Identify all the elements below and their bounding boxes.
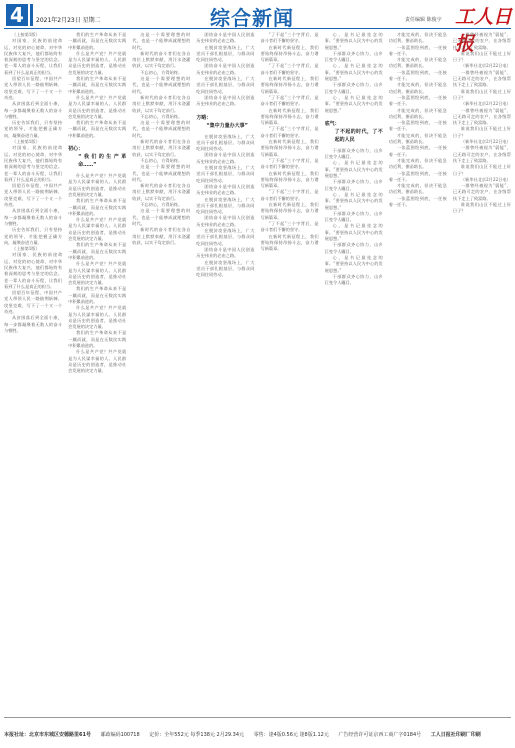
article-paragraph: 在脱贫攻坚战场上，广大党员干部扎根基层，与群众同吃同住同劳动。 — [196, 134, 254, 153]
article-paragraph: 我们的生产革命从来不是一蹴而就，而是在无数次实践中积累前进的。 — [68, 330, 126, 349]
footer-license: 广告经营许可证京西工商广字0184号 — [338, 732, 421, 738]
article-paragraph: “了不起”三个字背后，是奋斗者们不懈的坚守。 — [261, 189, 319, 202]
article-paragraph: “了不起”三个字背后，是奋斗者们不懈的坚守。 — [261, 95, 319, 108]
article-paragraph: 干部群众齐心协力，山乡巨变令人瞩目。 — [325, 274, 383, 287]
article-paragraph: 在新时代新征程上，我们要始终保持昂扬斗志，奋力谱写新篇章。 — [261, 234, 319, 253]
article-paragraph: 一张蓝图绘到底，一任接着一任干。 — [389, 45, 447, 58]
article-column: 我们的生产革命从来不是一蹴而就，而是在无数次实践中积累前进的。什么是共产党？共产… — [68, 32, 126, 716]
section-subheading: 底气：了不起的时代，了不起的人民 — [325, 120, 383, 144]
article-paragraph: 这是一个需要理想的时代，也是一个能够成就理想的时代。 — [132, 164, 190, 183]
article-paragraph: 对国家、民族的前途命运，对党的初心使命，对中华民族伟大复兴，他们都始终有着深刻的… — [4, 252, 62, 290]
footer-retail: 零售：逢4版0.56元 逢8版1.12元 — [254, 732, 329, 738]
section-title: 综合新闻 — [210, 2, 294, 31]
article-paragraph: （新华社北京2月22日电） — [453, 101, 511, 107]
article-paragraph: 在脱贫攻坚战场上，广大党员干部扎根基层，与群众同吃同住同劳动。 — [196, 45, 254, 64]
article-paragraph: 干部群众齐心协力，山乡巨变令人瞩目。 — [325, 242, 383, 255]
article-paragraph: 心，是书记最挂念的事。“要坚持以人民为中心的发展思想。” — [325, 160, 383, 179]
article-column: 心，是书记最挂念的事。“要坚持以人民为中心的发展思想。”干部群众齐心协力，山乡巨… — [325, 32, 383, 716]
article-paragraph: 心，是书记最挂念的事。“要坚持以人民为中心的发展思想。” — [325, 192, 383, 211]
article-paragraph: 回望百年征程，中国共产党人带领人民一路披荆斩棘、攻坚克难，写下了一个又一个奇迹。 — [4, 76, 62, 101]
article-column: 才能完成的，但决不能急功近利，揠苗助长。一张蓝图绘到底，一任接着一任干。才能完成… — [389, 32, 447, 716]
article-paragraph: 一群曾经被视为“弱能”、已无路可走的农户，在各级帮扶下走上了致富路。 — [453, 32, 511, 51]
article-paragraph: 一张蓝图绘到底，一任接着一任干。 — [389, 120, 447, 133]
article-paragraph: “了不起”三个字背后，是奋斗者们不懈的坚守。 — [261, 221, 319, 234]
article-paragraph: 在脱贫攻坚战场上，广大党员干部扎根基层，与群众同吃同住同劳动。 — [196, 260, 254, 279]
article-column: 一群曾经被视为“弱能”、已无路可走的农户，在各级帮扶下走上了致富路。谁说我们山区… — [453, 32, 511, 716]
article-paragraph: 一张蓝图绘到底，一任接着一任干。 — [389, 171, 447, 184]
editor-credit: 责任编辑 陈俊宇 — [405, 16, 442, 23]
article-paragraph: 我们的生产革命从来不是一蹴而就，而是在无数次实践中积累前进的。 — [68, 120, 126, 139]
article-paragraph: 团结奋斗是中国人民创造历史伟业的必由之路。 — [196, 184, 254, 197]
article-paragraph: 谁说我们山区不能过上好日子？ — [453, 202, 511, 215]
subheading-label: 初心： — [68, 146, 83, 152]
article-paragraph: 回望百年征程，中国共产党人带领人民一路披荆斩棘、攻坚克难，写下了一个又一个奇迹。 — [4, 183, 62, 208]
article-paragraph: 我们的生产革命从来不是一蹴而就，而是在无数次实践中积累前进的。 — [68, 286, 126, 305]
article-paragraph: 什么是共产党？共产党就是为人民谋幸福的人。人民群众是历史的创造者，是推动社会发展… — [68, 173, 126, 198]
article-paragraph: 团结奋斗是中国人民创造历史伟业的必由之路。 — [196, 95, 254, 108]
article-paragraph: 历史告诉我们，只有坚持党的领导，才能把握正确方向，凝聚奋进力量。 — [4, 120, 62, 139]
article-paragraph: 从贫困落后到全面小康，每一步都凝聚着无数人的奋斗与牺牲。 — [4, 315, 62, 334]
article-paragraph: 才能完成的，但决不能急功近利，揠苗助长。 — [389, 108, 447, 121]
article-paragraph: 才能完成的，但决不能急功近利，揠苗助长。 — [389, 32, 447, 45]
page-footer: 本报社址：北京市东城区安德路里61号 邮政编码100718 定价：全年552元 … — [4, 731, 511, 738]
article-paragraph: 谁说我们山区不能过上好日子？ — [453, 126, 511, 139]
article-paragraph: 一张蓝图绘到底，一任接着一任干。 — [389, 70, 447, 83]
article-paragraph: “了不起”三个字背后，是奋斗者们不懈的坚守。 — [261, 63, 319, 76]
article-columns: （上接第1版）对国家、民族的前途命运，对党的初心使命，对中华民族伟大复兴，他们都… — [4, 32, 511, 716]
article-paragraph: 团结奋斗是中国人民创造历史伟业的必由之路。 — [196, 32, 254, 45]
article-paragraph: “了不起”三个字背后，是奋斗者们不懈的坚守。 — [261, 158, 319, 171]
subheading-quote: “集中力量办大事” — [196, 122, 254, 130]
article-paragraph: 在脱贫攻坚战场上，广大党员干部扎根基层，与群众同吃同住同劳动。 — [196, 197, 254, 216]
article-paragraph: 这是一个需要理想的时代，也是一个能够成就理想的时代。 — [132, 208, 190, 227]
article-paragraph: 什么是共产党？共产党就是为人民谋幸福的人。人民群众是历史的创造者，是推动社会发展… — [68, 51, 126, 76]
article-paragraph: 什么是共产党？共产党就是为人民谋幸福的人。人民群众是历史的创造者，是推动社会发展… — [68, 349, 126, 374]
article-paragraph: 才能完成的，但决不能急功近利，揠苗助长。 — [389, 82, 447, 95]
article-paragraph: （新华社北京2月22日电） — [453, 63, 511, 69]
article-paragraph: 在新时代新征程上，我们要始终保持昂扬斗志，奋力谱写新篇章。 — [261, 171, 319, 190]
header-divider — [4, 28, 511, 29]
article-paragraph: 在脱贫攻坚战场上，广大党员干部扎根基层，与群众同吃同住同劳动。 — [196, 76, 254, 95]
article-paragraph: 才能完成的，但决不能急功近利，揠苗助长。 — [389, 133, 447, 146]
article-paragraph: 新时代的奋斗者们在各自岗位上默默奉献，用汗水浇灌收获，以实干笃定前行。 — [132, 227, 190, 246]
footer-divider — [4, 717, 511, 718]
article-paragraph: 这是一个需要理想的时代，也是一个能够成就理想的时代。 — [132, 120, 190, 139]
article-paragraph: 团结奋斗是中国人民创造历史伟业的必由之路。 — [196, 215, 254, 228]
article-paragraph: 谁说我们山区不能过上好日子？ — [453, 89, 511, 102]
article-paragraph: 心，是书记最挂念的事。“要坚持以人民为中心的发展思想。” — [325, 63, 383, 82]
article-paragraph: 谁说我们山区不能过上好日子？ — [453, 51, 511, 64]
article-paragraph: 什么是共产党？共产党就是为人民谋幸福的人。人民群众是历史的创造者，是推动社会发展… — [68, 305, 126, 330]
article-paragraph: 心，是书记最挂念的事。“要坚持以人民为中心的发展思想。” — [325, 95, 383, 114]
footer-printer: 工人日报社印刷厂印刷 — [431, 732, 481, 738]
article-column: “了不起”三个字背后，是奋斗者们不懈的坚守。在新时代新征程上，我们要始终保持昂扬… — [261, 32, 319, 716]
article-paragraph: 新时代的奋斗者们在各自岗位上默默奉献，用汗水浇灌收获，以实干笃定前行。 — [132, 51, 190, 70]
article-paragraph: 心，是书记最挂念的事。“要坚持以人民为中心的发展思想。” — [325, 223, 383, 242]
article-paragraph: 什么是共产党？共产党就是为人民谋幸福的人。人民群众是历史的创造者，是推动社会发展… — [68, 95, 126, 120]
article-paragraph: 干部群众齐心协力，山乡巨变令人瞩目。 — [325, 82, 383, 95]
article-paragraph: 什么是共产党？共产党就是为人民谋幸福的人。人民群众是历史的创造者，是推动社会发展… — [68, 261, 126, 286]
article-paragraph: 我们的生产革命从来不是一蹴而就，而是在无数次实践中积累前进的。 — [68, 242, 126, 261]
article-paragraph: 一群曾经被视为“弱能”、已无路可走的农户，在各级帮扶下走上了致富路。 — [453, 108, 511, 127]
article-paragraph: 在脱贫攻坚战场上，广大党员干部扎根基层，与群众同吃同住同劳动。 — [196, 228, 254, 247]
article-paragraph: 我们的生产革命从来不是一蹴而就，而是在无数次实践中积累前进的。 — [68, 32, 126, 51]
article-paragraph: 一群曾经被视为“弱能”、已无路可走的农户，在各级帮扶下走上了致富路。 — [453, 145, 511, 164]
article-paragraph: 新时代的奋斗者们在各自岗位上默默奉献，用汗水浇灌收获，以实干笃定前行。 — [132, 139, 190, 158]
footer-price: 定价：全年552元 每季138元 2月29.34元 — [149, 732, 244, 738]
article-paragraph: 一群曾经被视为“弱能”、已无路可走的农户，在各级帮扶下走上了致富路。 — [453, 183, 511, 202]
article-paragraph: 一张蓝图绘到底，一任接着一任干。 — [389, 196, 447, 209]
article-paragraph: 这是一个需要理想的时代，也是一个能够成就理想的时代。 — [132, 76, 190, 95]
article-paragraph: 团结奋斗是中国人民创造历史伟业的必由之路。 — [196, 152, 254, 165]
article-paragraph: 新时代的奋斗者们在各自岗位上默默奉献，用汗水浇灌收获，以实干笃定前行。 — [132, 95, 190, 114]
article-paragraph: “了不起”三个字背后，是奋斗者们不懈的坚守。 — [261, 32, 319, 45]
subheading-label: 底气： — [325, 121, 340, 127]
article-paragraph: 新时代的奋斗者们在各自岗位上默默奉献，用汗水浇灌收获，以实干笃定前行。 — [132, 183, 190, 202]
article-column: （上接第1版）对国家、民族的前途命运，对党的初心使命，对中华民族伟大复兴，他们都… — [4, 32, 62, 716]
article-paragraph: 回望百年征程，中国共产党人带领人民一路披荆斩棘、攻坚克难，写下了一个又一个奇迹。 — [4, 290, 62, 315]
article-paragraph: 在新时代新征程上，我们要始终保持昂扬斗志，奋力谱写新篇章。 — [261, 202, 319, 221]
article-paragraph: 才能完成的，但决不能急功近利，揠苗助长。 — [389, 158, 447, 171]
article-paragraph: 干部群众齐心协力，山乡巨变令人瞩目。 — [325, 148, 383, 161]
page-number-bar — [30, 4, 33, 26]
subheading-label: 方略： — [196, 115, 211, 121]
article-paragraph: 我们的生产革命从来不是一蹴而就，而是在无数次实践中积累前进的。 — [68, 76, 126, 95]
article-paragraph: 团结奋斗是中国人民创造历史伟业的必由之路。 — [196, 63, 254, 76]
article-paragraph: 在新时代新征程上，我们要始终保持昂扬斗志，奋力谱写新篇章。 — [261, 108, 319, 127]
article-paragraph: 从贫困落后到全面小康，每一步都凝聚着无数人的奋斗与牺牲。 — [4, 208, 62, 227]
article-paragraph: 在新时代新征程上，我们要始终保持昂扬斗志，奋力谱写新篇章。 — [261, 139, 319, 158]
article-paragraph: 才能完成的，但决不能急功近利，揠苗助长。 — [389, 183, 447, 196]
section-subheading: 方略：“集中力量办大事” — [196, 114, 254, 130]
footer-postal-code: 邮政编码100718 — [101, 732, 140, 738]
article-paragraph: 这是一个需要理想的时代，也是一个能够成就理想的时代。 — [132, 32, 190, 51]
article-paragraph: 一张蓝图绘到底，一任接着一任干。 — [389, 95, 447, 108]
article-paragraph: 团结奋斗是中国人民创造历史伟业的必由之路。 — [196, 247, 254, 260]
article-paragraph: 谁说我们山区不能过上好日子？ — [453, 164, 511, 177]
article-paragraph: 在新时代新征程上，我们要始终保持昂扬斗志，奋力谱写新篇章。 — [261, 45, 319, 64]
article-paragraph: 历史告诉我们，只有坚持党的领导，才能把握正确方向，凝聚奋进力量。 — [4, 227, 62, 246]
article-paragraph: 在脱贫攻坚战场上，广大党员干部扎根基层，与群众同吃同住同劳动。 — [196, 165, 254, 184]
article-paragraph: “了不起”三个字背后，是奋斗者们不懈的坚守。 — [261, 126, 319, 139]
subheading-quote: “我们的生产革命……” — [68, 153, 126, 169]
article-paragraph: 什么是共产党？共产党就是为人民谋幸福的人。人民群众是历史的创造者，是推动社会发展… — [68, 217, 126, 242]
article-paragraph: 对国家、民族的前途命运，对党的初心使命，对中华民族伟大复兴，他们都始终有着深刻的… — [4, 38, 62, 76]
page-header: 4 2021年2月23日 星期二 综合新闻 责任编辑 陈俊宇 工人日报 — [0, 0, 515, 28]
article-paragraph: 在新时代新征程上，我们要始终保持昂扬斗志，奋力谱写新篇章。 — [261, 76, 319, 95]
article-paragraph: 一群曾经被视为“弱能”、已无路可走的农户，在各级帮扶下走上了致富路。 — [453, 70, 511, 89]
article-paragraph: 心，是书记最挂念的事。“要坚持以人民为中心的发展思想。” — [325, 32, 383, 51]
subheading-quote: 了不起的时代，了不起的人民 — [325, 128, 383, 144]
article-column: 团结奋斗是中国人民创造历史伟业的必由之路。在脱贫攻坚战场上，广大党员干部扎根基层… — [196, 32, 254, 716]
article-paragraph: 我们的生产革命从来不是一蹴而就，而是在无数次实践中积累前进的。 — [68, 198, 126, 217]
article-paragraph: 对国家、民族的前途命运，对党的初心使命，对中华民族伟大复兴，他们都始终有着深刻的… — [4, 145, 62, 183]
article-paragraph: 干部群众齐心协力，山乡巨变令人瞩目。 — [325, 211, 383, 224]
article-paragraph: 一张蓝图绘到底，一任接着一任干。 — [389, 145, 447, 158]
article-paragraph: 干部群众齐心协力，山乡巨变令人瞩目。 — [325, 179, 383, 192]
article-column: 这是一个需要理想的时代，也是一个能够成就理想的时代。新时代的奋斗者们在各自岗位上… — [132, 32, 190, 716]
footer-address: 本报社址：北京市东城区安德路里61号 — [4, 732, 91, 738]
article-paragraph: 干部群众齐心协力，山乡巨变令人瞩目。 — [325, 51, 383, 64]
section-subheading: 初心：“我们的生产革命……” — [68, 145, 126, 169]
article-paragraph: 才能完成的，但决不能急功近利，揠苗助长。 — [389, 57, 447, 70]
page-number: 4 — [6, 4, 28, 26]
issue-date: 2021年2月23日 星期二 — [36, 15, 101, 24]
article-paragraph: 心，是书记最挂念的事。“要坚持以人民为中心的发展思想。” — [325, 255, 383, 274]
article-paragraph: 从贫困落后到全面小康，每一步都凝聚着无数人的奋斗与牺牲。 — [4, 101, 62, 120]
